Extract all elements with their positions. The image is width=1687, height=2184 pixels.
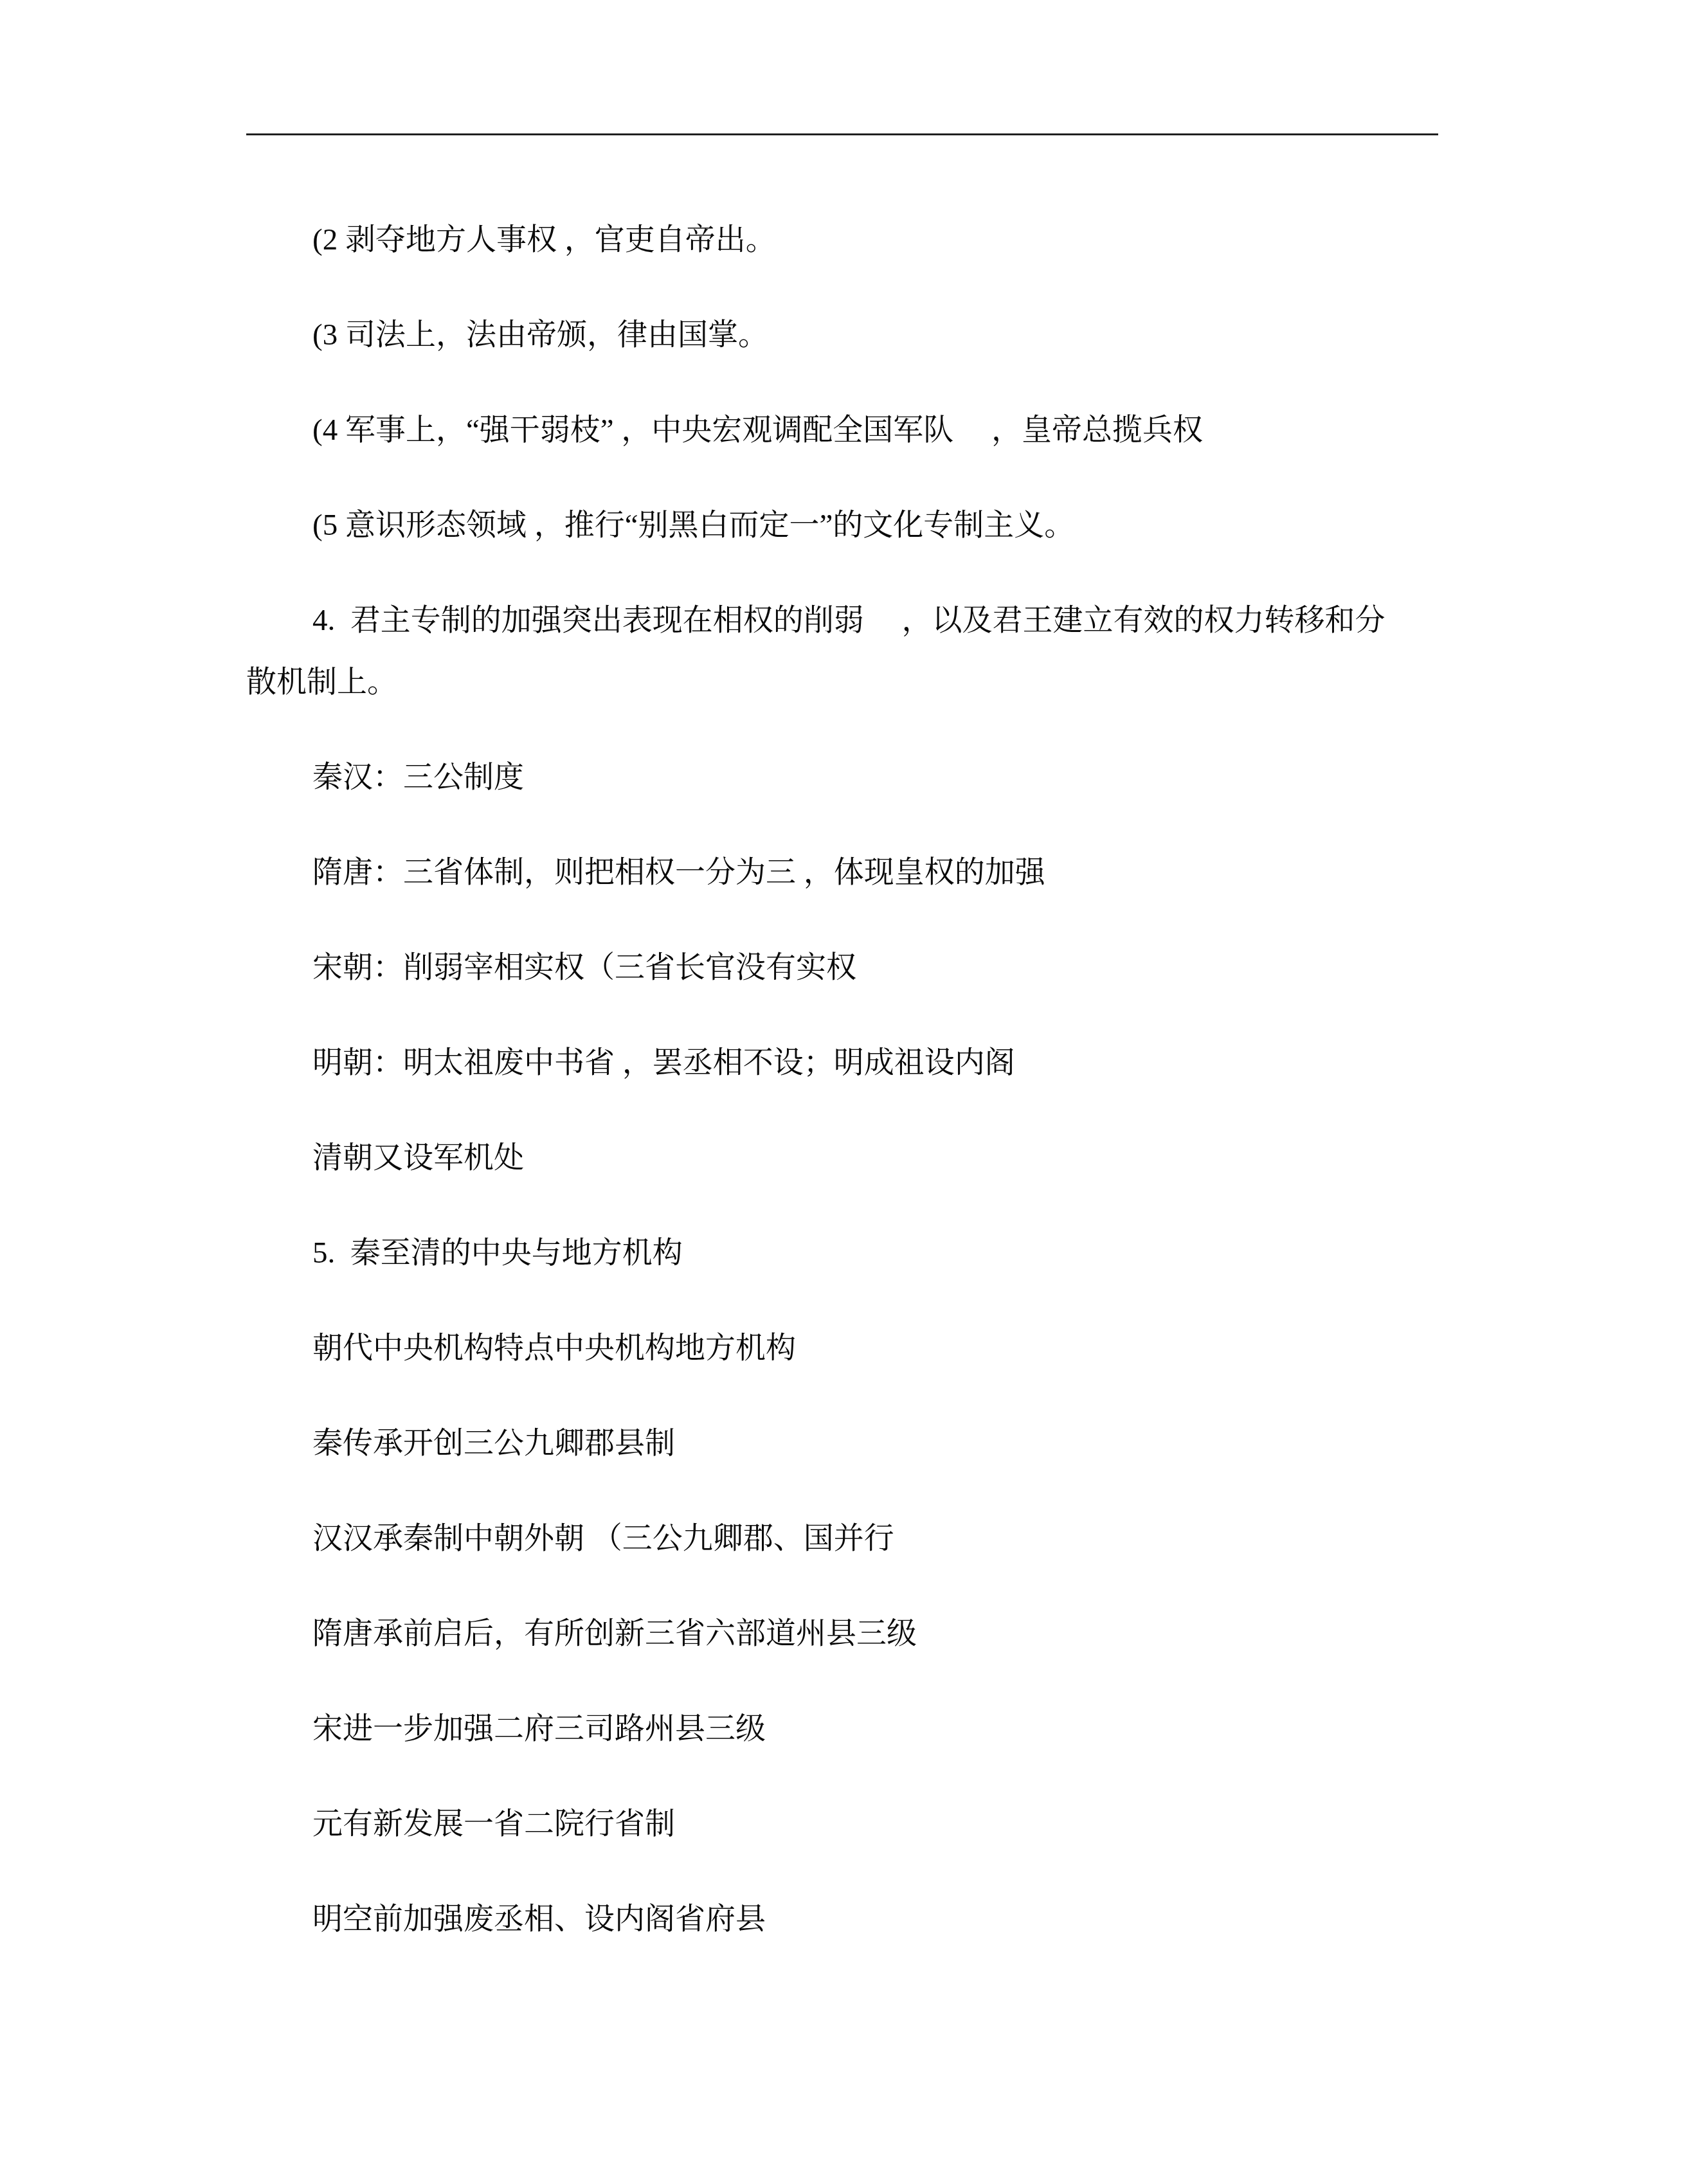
paragraph-line: (4 军事上，“强干弱枝” ，中央宏观调配全国军队 ，皇帝总揽兵权 [246, 399, 1438, 461]
paragraph-line: 宋进一步加强二府三司路州县三级 [246, 1698, 1438, 1760]
paragraph-line: (2 剥夺地方人事权 ，官吏自帝出。 [246, 209, 1438, 271]
paragraph-line: 4. 君主专制的加强突出表现在相权的削弱 ，以及君王建立有效的权力转移和分 [246, 590, 1438, 651]
document-page: (2 剥夺地方人事权 ，官吏自帝出。(3 司法上，法由帝颁，律由国掌。(4 军事… [0, 0, 1687, 2184]
paragraph-line: 5. 秦至清的中央与地方机构 [246, 1222, 1438, 1284]
paragraph-line: 秦传承开创三公九卿郡县制 [246, 1412, 1438, 1474]
paragraph-line: 朝代中央机构特点中央机构地方机构 [246, 1317, 1438, 1379]
paragraph-line: 秦汉：三公制度 [246, 746, 1438, 808]
paragraph-line: 清朝又设军机处 [246, 1127, 1438, 1189]
paragraph-line: 隋唐承前启后，有所创新三省六部道州县三级 [246, 1603, 1438, 1665]
header-rule [246, 133, 1438, 136]
paragraph-line: (3 司法上，法由帝颁，律由国掌。 [246, 304, 1438, 366]
paragraph-line: 明空前加强废丞相、设内阁省府县 [246, 1888, 1438, 1950]
paragraph-line: 元有新发展一省二院行省制 [246, 1793, 1438, 1855]
paragraph-line: 宋朝：削弱宰相实权（三省长官没有实权 [246, 937, 1438, 998]
paragraph-line: 隋唐：三省体制，则把相权一分为三 ，体现皇权的加强 [246, 842, 1438, 903]
document-body: (2 剥夺地方人事权 ，官吏自帝出。(3 司法上，法由帝颁，律由国掌。(4 军事… [246, 209, 1438, 1950]
paragraph-line: (5 意识形态领域 ，推行“别黑白而定一”的文化专制主义。 [246, 494, 1438, 556]
paragraph-line: 汉汉承秦制中朝外朝 （三公九卿郡、国并行 [246, 1508, 1438, 1569]
paragraph-line: 明朝：明太祖废中书省 ，罢丞相不设；明成祖设内阁 [246, 1032, 1438, 1094]
paragraph-line: 散机制上。 [246, 651, 1438, 713]
